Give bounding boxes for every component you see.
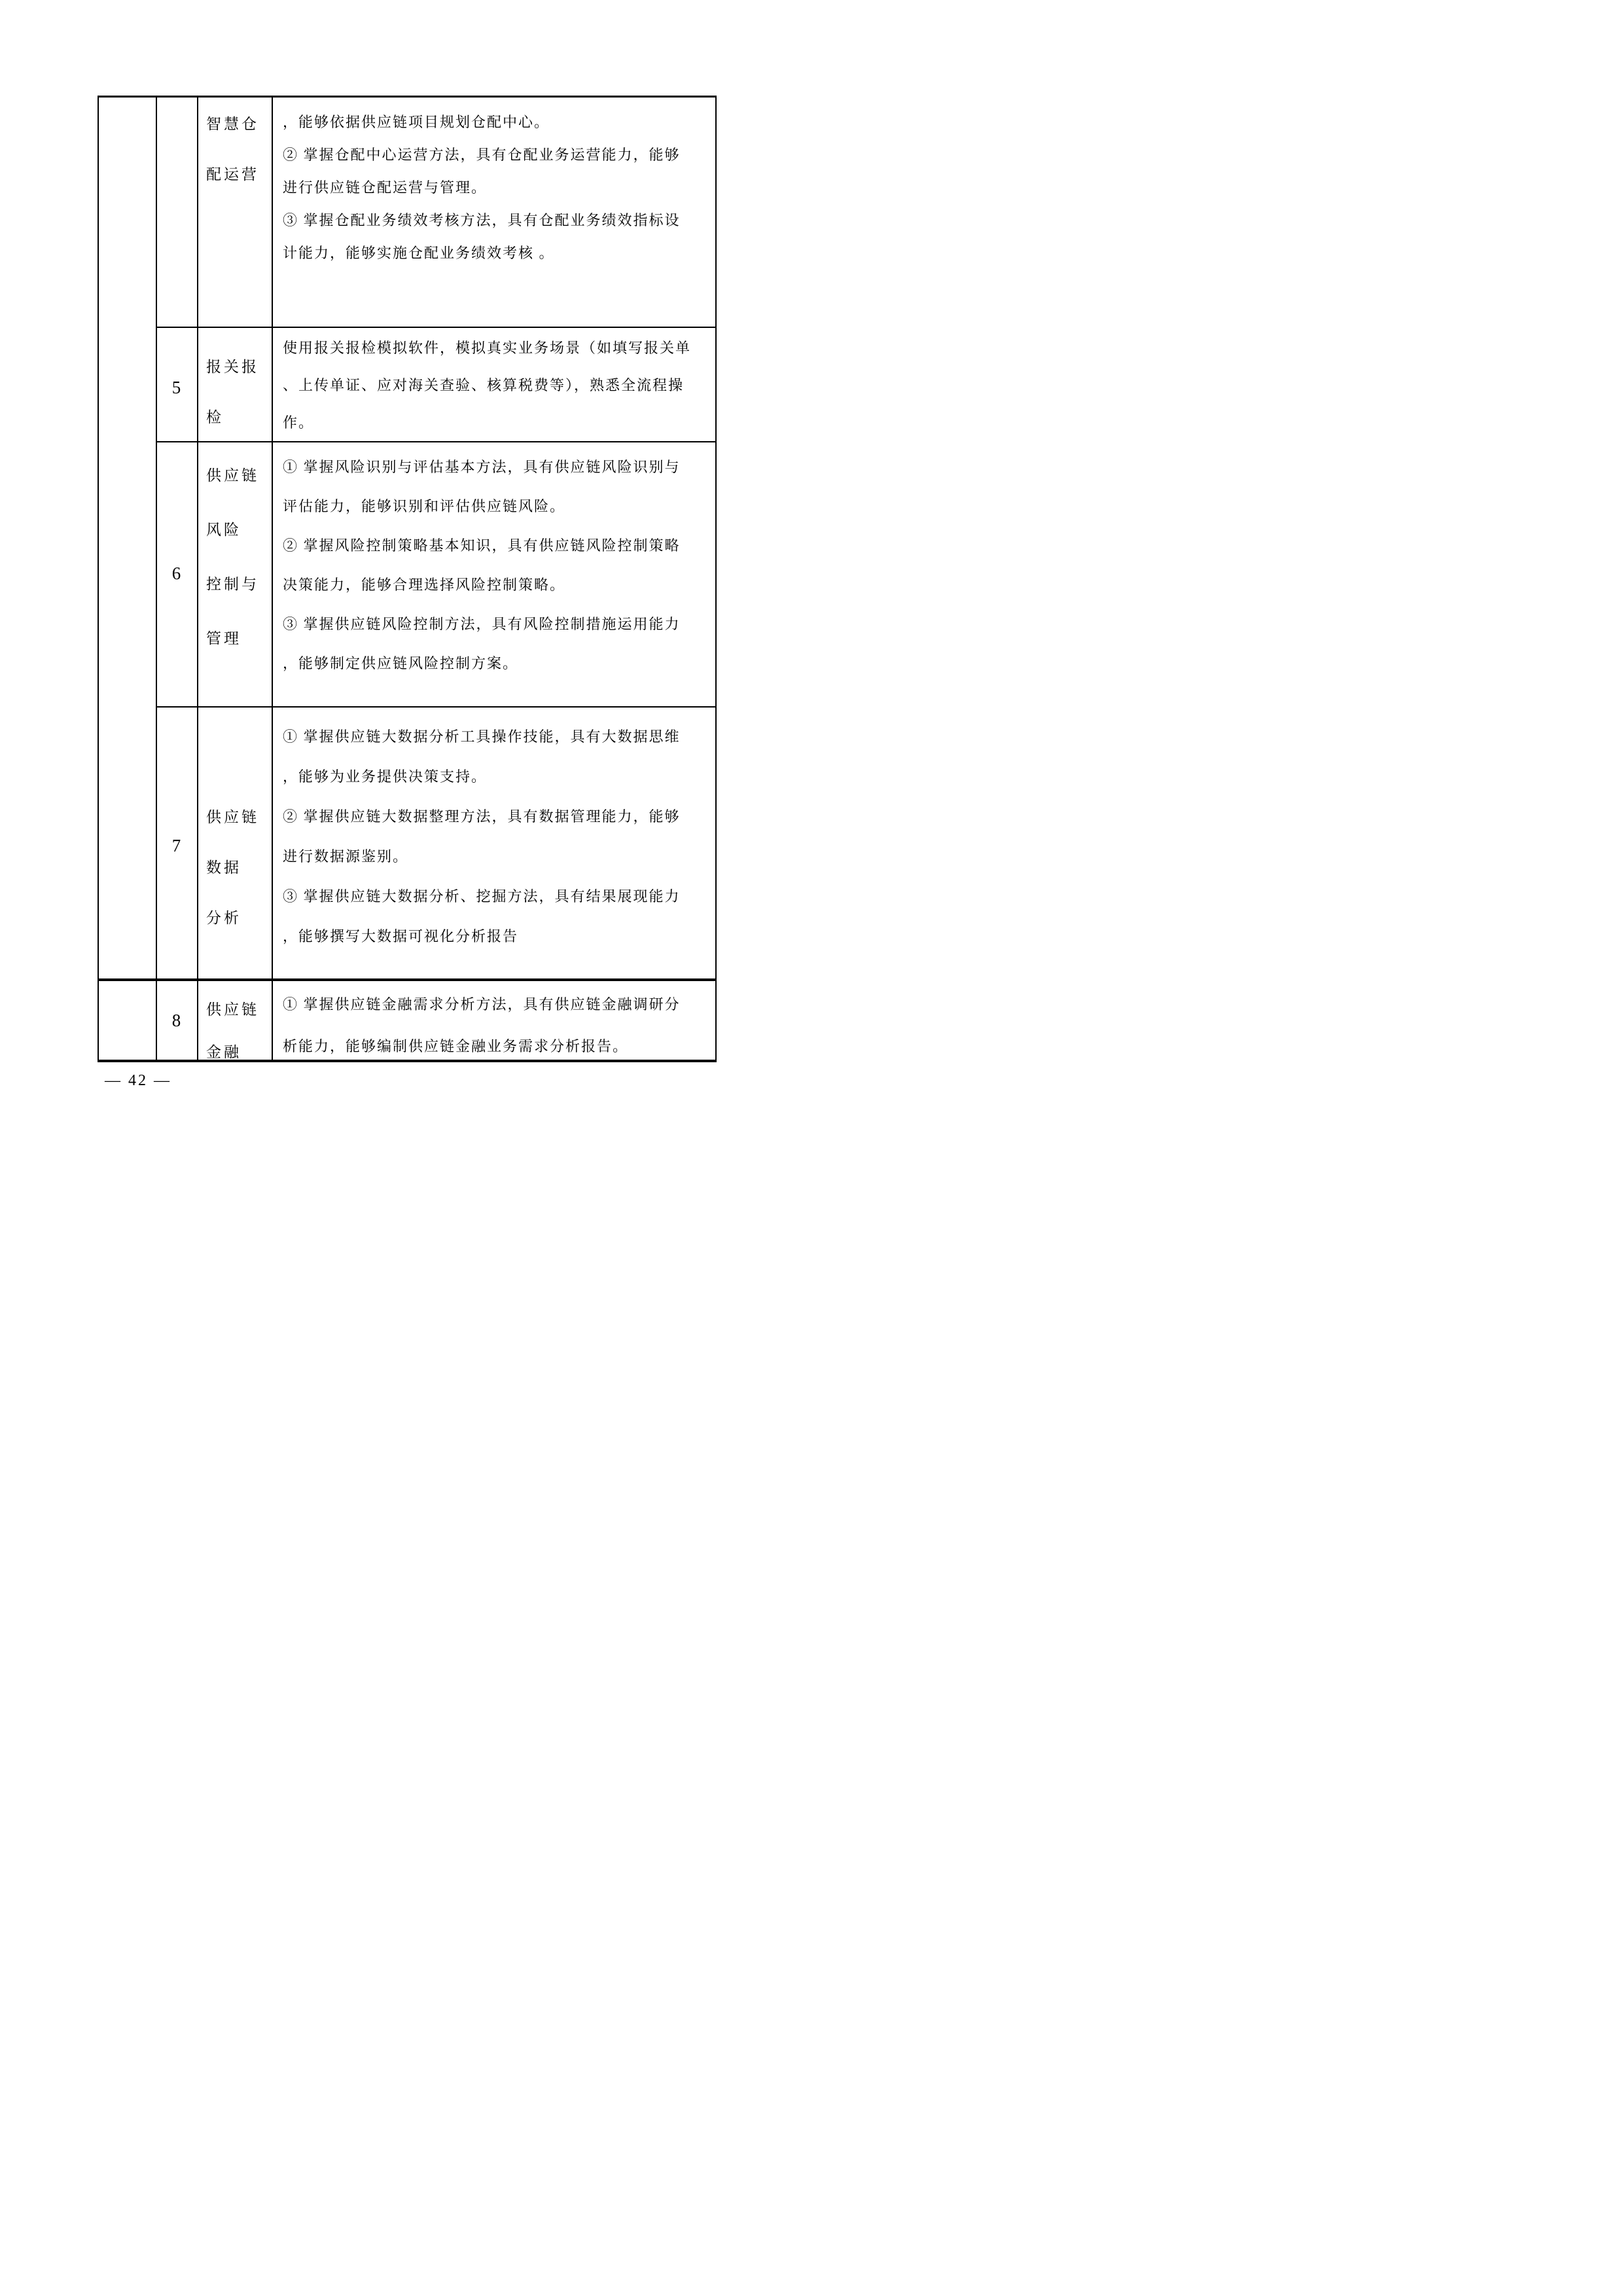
row-risk-label: 供应链 风险 控制与 管理	[206, 448, 278, 666]
row-customs-label: 报关报 检	[206, 342, 278, 442]
table-row-divider-1	[156, 327, 715, 328]
skills-table: 智慧仓 配运营 ，能够依据供应链项目规划仓配中心。 ② 掌握仓配中心运营方法，具…	[98, 96, 717, 1062]
table-vline-number	[197, 98, 198, 1060]
row-warehouse-label: 智慧仓 配运营	[206, 99, 278, 200]
row-risk-content: ① 掌握风险识别与评估基本方法，具有供应链风险识别与 评估能力，能够识别和评估供…	[283, 448, 715, 683]
document-page: 智慧仓 配运营 ，能够依据供应链项目规划仓配中心。 ② 掌握仓配中心运营方法，具…	[0, 0, 811, 1148]
row-bigdata-number: 7	[156, 826, 196, 865]
table-row-divider-3	[156, 706, 715, 708]
row-bigdata-content: ① 掌握供应链大数据分析工具操作技能，具有大数据思维 ，能够为业务提供决策支持。…	[283, 717, 715, 956]
table-section-divider	[99, 978, 715, 981]
row-finance-content: ① 掌握供应链金融需求分析方法，具有供应链金融调研分 析能力，能够编制供应链金融…	[283, 984, 715, 1062]
row-warehouse-content: ，能够依据供应链项目规划仓配中心。 ② 掌握仓配中心运营方法，具有仓配业务运营能…	[283, 106, 715, 270]
row-bigdata-label: 供应链 数据 分析	[206, 792, 278, 943]
row-risk-number: 6	[156, 554, 196, 593]
row-finance-number: 8	[156, 1001, 196, 1040]
row-finance-label: 供应链 金融	[206, 988, 278, 1062]
row-customs-number: 5	[156, 368, 196, 407]
page-number: — 42 —	[105, 1072, 171, 1090]
row-customs-content: 使用报关报检模拟软件，模拟真实业务场景（如填写报关单 、上传单证、应对海关查验、…	[283, 329, 715, 441]
